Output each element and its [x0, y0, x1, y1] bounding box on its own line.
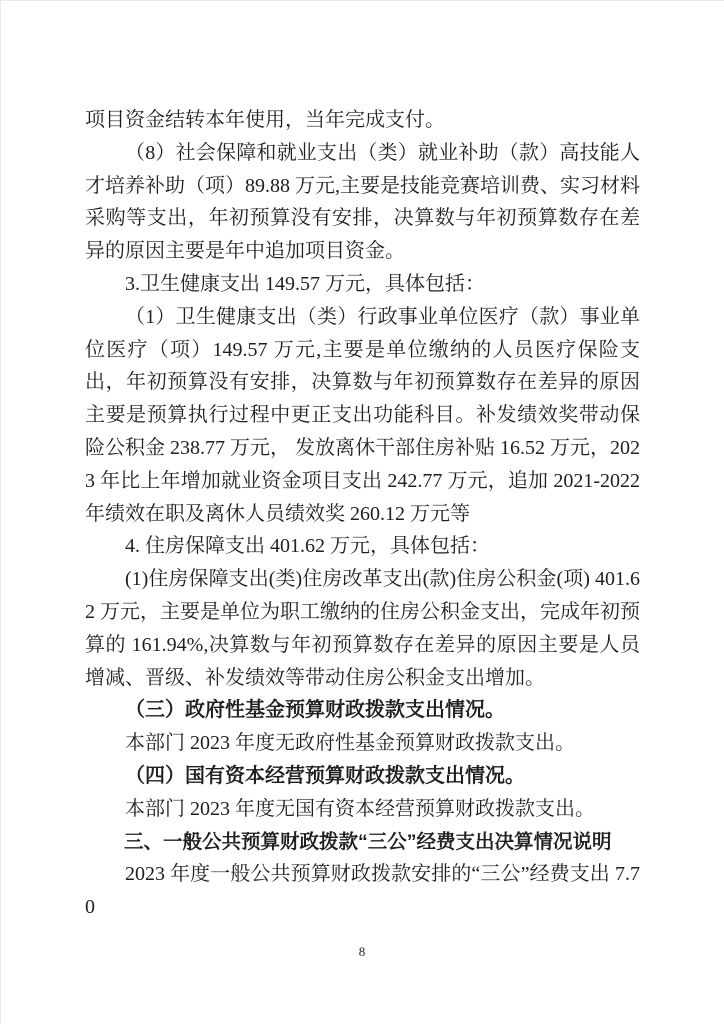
paragraph: 2023 年度一般公共预算财政拨款安排的“三公”经费支出 7.70	[85, 858, 640, 924]
paragraph: 4. 住房保障支出 401.62 万元，具体包括：	[85, 530, 640, 563]
paragraph: （8）社会保障和就业支出（类）就业补助（款）高技能人才培养补助（项）89.88 …	[85, 137, 640, 268]
paragraph: 本部门 2023 年度无国有资本经营预算财政拨款支出。	[85, 793, 640, 826]
document-page: 项目资金结转本年使用，当年完成支付。（8）社会保障和就业支出（类）就业补助（款）…	[0, 0, 724, 1024]
section-heading: （四）国有资本经营预算财政拨款支出情况。	[85, 760, 640, 793]
paragraph: (1)住房保障支出(类)住房改革支出(款)住房公积金(项) 401.62 万元，…	[85, 563, 640, 694]
page-number: 8	[0, 944, 724, 960]
paragraph: 本部门 2023 年度无政府性基金预算财政拨款支出。	[85, 727, 640, 760]
section-heading: 三、一般公共预算财政拨款“三公”经费支出决算情况说明	[85, 826, 640, 859]
section-heading: （三）政府性基金预算财政拨款支出情况。	[85, 694, 640, 727]
paragraph: （1）卫生健康支出（类）行政事业单位医疗（款）事业单位医疗（项）149.57 万…	[85, 301, 640, 531]
paragraph: 项目资金结转本年使用，当年完成支付。	[85, 104, 640, 137]
paragraph: 3.卫生健康支出 149.57 万元，具体包括：	[85, 268, 640, 301]
text-content: 项目资金结转本年使用，当年完成支付。（8）社会保障和就业支出（类）就业补助（款）…	[85, 104, 640, 924]
